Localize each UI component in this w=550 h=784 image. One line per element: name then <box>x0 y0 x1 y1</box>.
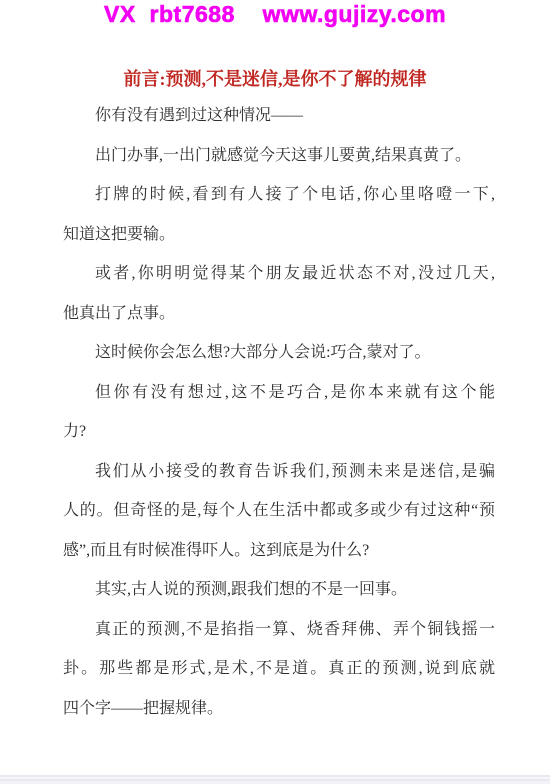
text-line: 人的。但奇怪的是,每个人在生活中都或多或少有过这种“预 <box>63 491 495 531</box>
text-line: 但你有没有想过,这不是巧合,是你本来就有这个能 <box>63 373 495 413</box>
text-line: 力? <box>63 412 495 452</box>
text-line: 这时候你会怎么想?大部分人会说:巧合,蒙对了。 <box>63 333 495 373</box>
text-line: 我们从小接受的教育告诉我们,预测未来是迷信,是骗 <box>63 452 495 492</box>
document-page: VX rbt7688 www.gujizy.com 前言:预测,不是迷信,是你不… <box>0 0 550 784</box>
text-line: 打牌的时候,看到有人接了个电话,你心里咯噔一下, <box>63 175 495 215</box>
text-line: 其实,古人说的预测,跟我们想的不是一回事。 <box>63 570 495 610</box>
text-line: 真正的预测,不是掐指一算、烧香拜佛、弄个铜钱摇一 <box>63 610 495 650</box>
document-body: 你有没有遇到过这种情况—— 出门办事,一出门就感觉今天这事儿要黄,结果真黄了。 … <box>63 96 495 728</box>
preface-title: 前言:预测,不是迷信,是你不了解的规律 <box>0 66 550 92</box>
text-line: 他真出了点事。 <box>63 294 495 334</box>
text-line: 知道这把要输。 <box>63 215 495 255</box>
text-line: 你有没有遇到过这种情况—— <box>63 96 495 136</box>
text-line: 卦。那些都是形式,是术,不是道。真正的预测,说到底就 <box>63 649 495 689</box>
text-line: 感”,而且有时候准得吓人。这到底是为什么? <box>63 531 495 571</box>
page-bottom-edge <box>0 774 550 784</box>
watermark-contact-header: VX rbt7688 www.gujizy.com <box>0 1 550 27</box>
text-line: 出门办事,一出门就感觉今天这事儿要黄,结果真黄了。 <box>63 136 495 176</box>
text-line: 四个字——把握规律。 <box>63 689 495 729</box>
text-line: 或者,你明明觉得某个朋友最近状态不对,没过几天, <box>63 254 495 294</box>
